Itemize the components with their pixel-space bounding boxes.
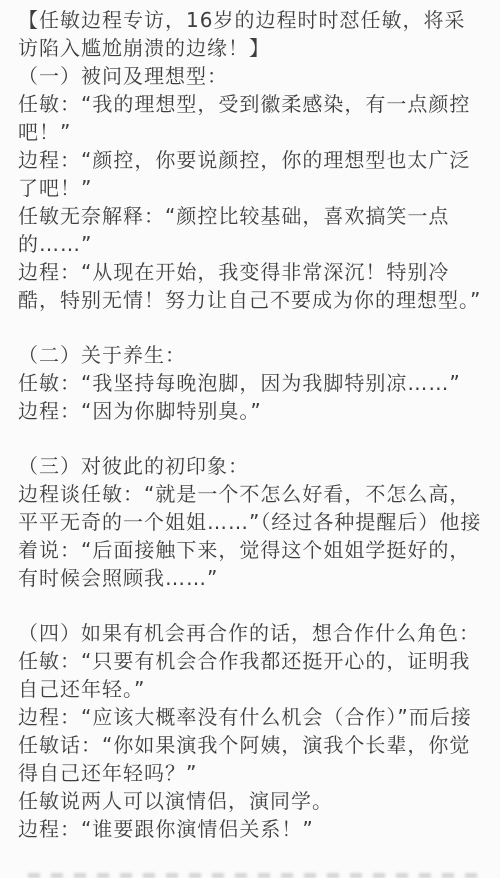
renmin-explain-quote: 任敏无奈解释：“颜控比较基础，喜欢搞笑一点的……” bbox=[18, 202, 483, 258]
biancheng-deep-quote: 边程：“从现在开始，我变得非常深沉！特别冷酷，特别无情！努力让自己不要成为你的理… bbox=[18, 258, 483, 314]
biancheng-couple-retort: 边程：“谁要跟你演情侣关系！” bbox=[18, 815, 483, 843]
renmin-couple-suggestion: 任敏说两人可以演情侣，演同学。 bbox=[18, 787, 483, 815]
biancheng-cooperate: 边程：“应该大概率没有什么机会（合作）”而后接任敏话：“你如果演我个阿姨，演我个… bbox=[18, 703, 483, 787]
biancheng-feet-quote: 边程：“因为你脚特别臭。” bbox=[18, 397, 483, 425]
section-4-heading: （四）如果有机会再合作的话，想合作什么角色： bbox=[18, 619, 483, 647]
biancheng-impression: 边程谈任敏：“就是一个不怎么好看，不怎么高，平平无奇的一个姐姐……”（经过各种提… bbox=[18, 480, 483, 592]
section-3-heading: （三）对彼此的初印象： bbox=[18, 452, 483, 480]
renmin-feet-quote: 任敏：“我坚持每晚泡脚，因为我脚特别凉……” bbox=[18, 369, 483, 397]
headline: 【任敏边程专访，16岁的边程时时怼任敏，将采访陷入尴尬崩溃的边缘！】 bbox=[18, 6, 483, 62]
renmin-cooperate-quote: 任敏：“只要有机会合作我都还挺开心的，证明我自己还年轻。” bbox=[18, 647, 483, 703]
screenshot-root: { "page": { "background_color": "#fbfbfb… bbox=[0, 0, 500, 878]
section-2-heading: （二）关于养生： bbox=[18, 341, 483, 369]
biancheng-yankong-quote: 边程：“颜控，你要说颜控，你的理想型也太广泛了吧！” bbox=[18, 146, 483, 202]
cutoff-next-line-fragment bbox=[28, 873, 482, 878]
interview-transcript: 【任敏边程专访，16岁的边程时时怼任敏，将采访陷入尴尬崩溃的边缘！】（一）被问及… bbox=[0, 0, 500, 843]
section-1-heading: （一）被问及理想型： bbox=[18, 62, 483, 90]
renmin-ideal-type-quote: 任敏：“我的理想型，受到徽柔感染，有一点颜控吧！” bbox=[18, 90, 483, 146]
